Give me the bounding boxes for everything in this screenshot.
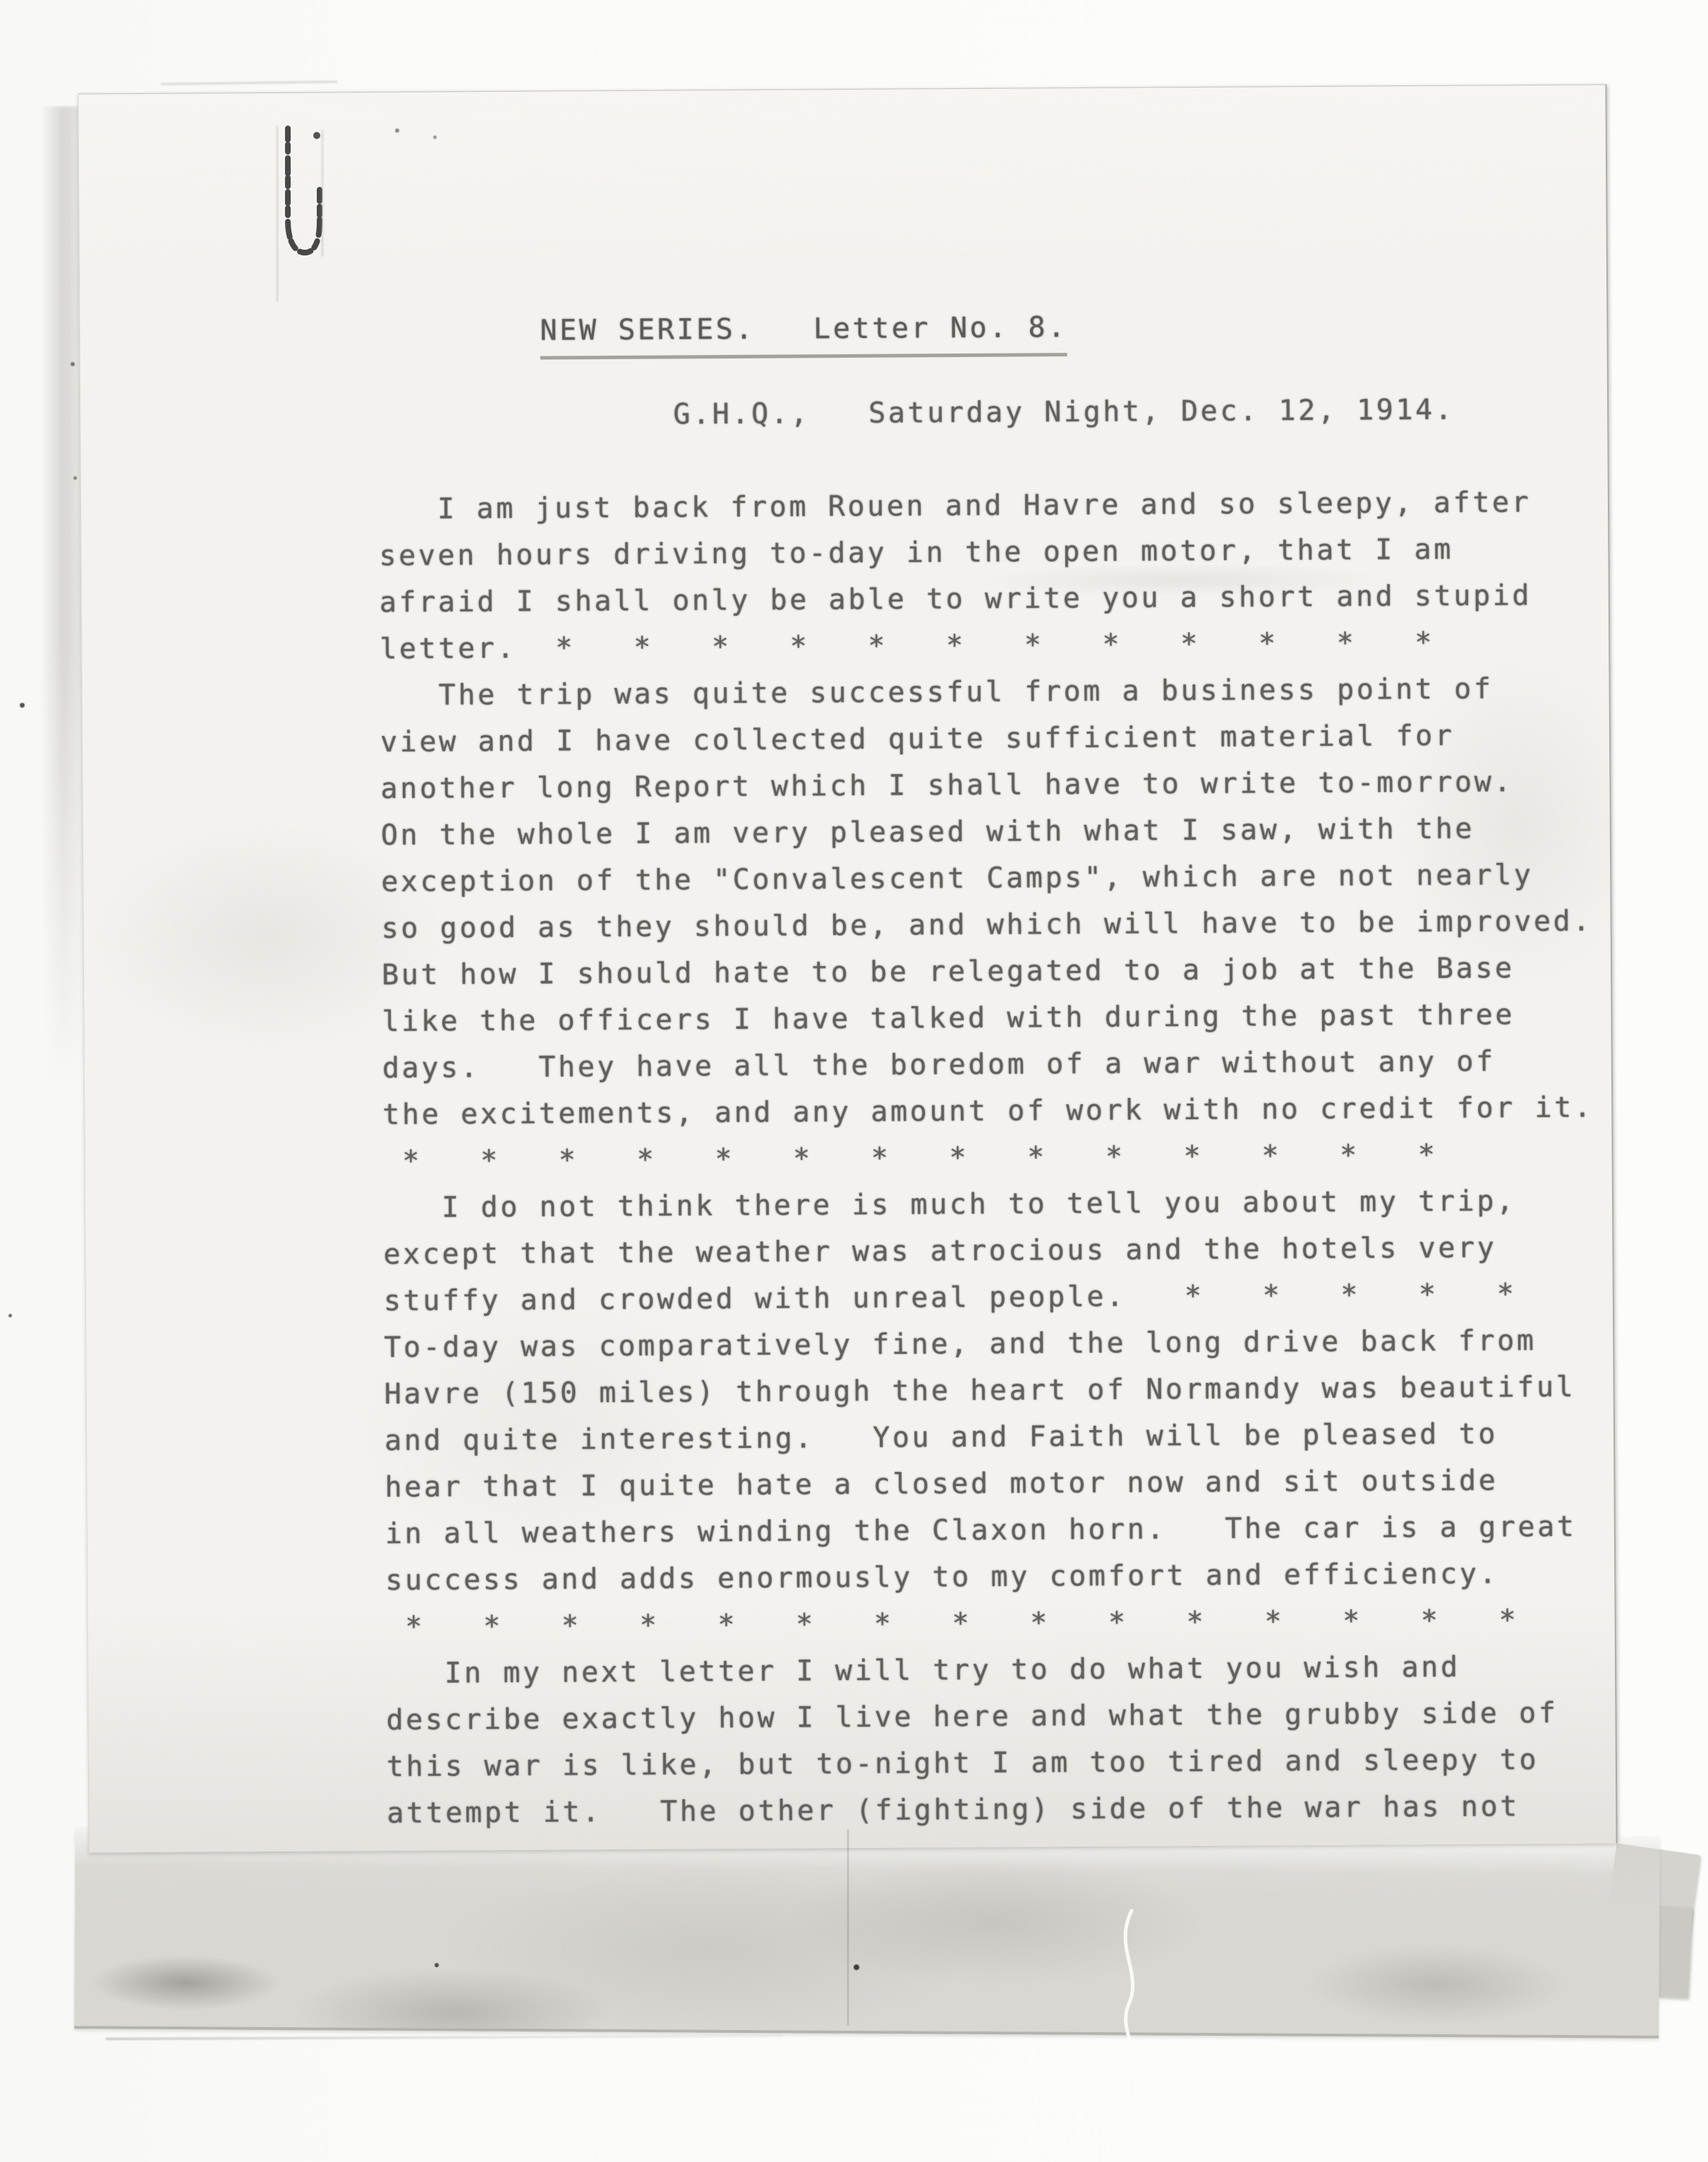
- letter-heading: NEW SERIES. Letter No. 8.: [540, 310, 1067, 360]
- clip-crease-left: [277, 126, 278, 302]
- ink-speck: [8, 1314, 12, 1317]
- ink-speck: [433, 135, 437, 139]
- under-sheet: [74, 1827, 1660, 2039]
- letter-body: I am just back from Rouen and Havre and …: [379, 479, 1598, 1837]
- ink-speck: [854, 1964, 859, 1970]
- letter-dateline: G.H.Q., Saturday Night, Dec. 12, 1914.: [673, 393, 1455, 432]
- ink-speck: [435, 1963, 439, 1967]
- ink-speck: [20, 703, 25, 708]
- letter-sheet: NEW SERIES. Letter No. 8. G.H.Q., Saturd…: [78, 84, 1617, 1852]
- under-sheet-top-edge: [161, 80, 337, 85]
- paperclip-icon: [279, 124, 325, 262]
- scanned-letter-page: NEW SERIES. Letter No. 8. G.H.Q., Saturd…: [0, 0, 1708, 2162]
- fold-crease: [847, 1829, 849, 2025]
- ink-speck: [73, 476, 77, 480]
- ink-speck: [395, 128, 399, 133]
- under-sheet-lower-edge: [106, 2035, 783, 2040]
- clip-crease-right: [322, 130, 323, 257]
- fiber-mark: [1101, 1905, 1199, 2117]
- ink-speck: [71, 362, 75, 366]
